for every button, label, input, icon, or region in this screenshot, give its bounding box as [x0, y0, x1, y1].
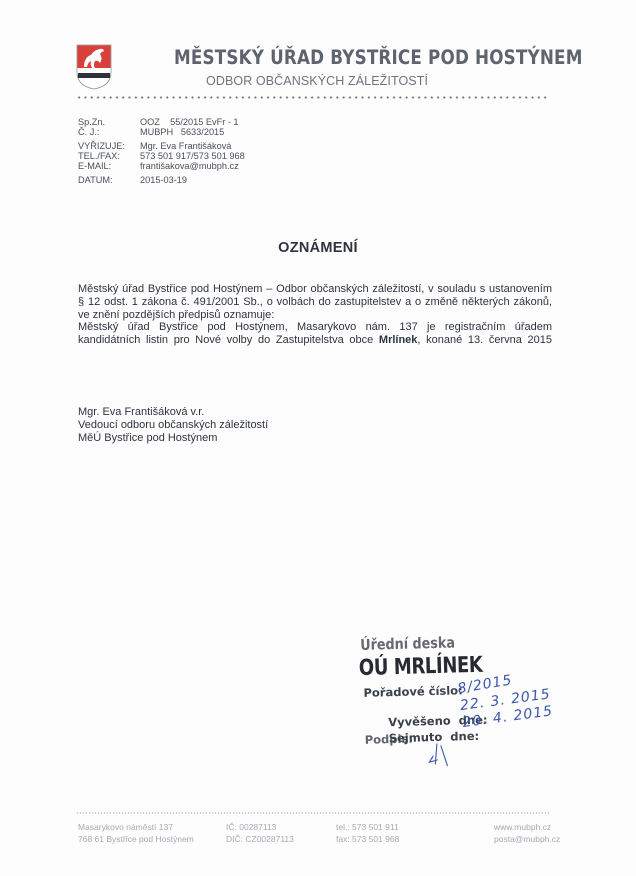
municipality-name: Mrlínek [379, 334, 418, 346]
coat-of-arms-icon [76, 44, 112, 90]
footer-dic: DIČ: CZ00287113 [226, 834, 294, 846]
meta-label: Č. J.: [78, 127, 99, 137]
handwritten-signature-icon [425, 738, 456, 769]
meta-label: VYŘIZUJE: [78, 141, 125, 151]
footer-address: Masarykovo náměstí 137 768 61 Bystřice p… [78, 822, 194, 845]
notice-board-stamp: Úřední deska OÚ MRLÍNEK Pořadové číslo: … [358, 631, 561, 766]
footer-address-line: Masarykovo náměstí 137 [78, 822, 194, 834]
meta-value: OOZ 55/2015 EvFr - 1 [140, 117, 239, 127]
org-subtitle: ODBOR OBČANSKÝCH ZÁLEŽITOSTÍ [206, 74, 428, 88]
footer-fax: fax: 573 501 968 [336, 834, 399, 846]
meta-value: 573 501 917/573 501 968 [140, 151, 245, 161]
footer-website-link[interactable]: www.mubph.cz [494, 822, 549, 834]
org-title: MĚSTSKÝ ÚŘAD BYSTŘICE POD HOSTÝNEM [174, 46, 583, 69]
stamp-row-number: Pořadové číslo: [363, 683, 463, 700]
document-heading: OZNÁMENÍ [0, 240, 636, 256]
meta-label: Sp.Zn. [78, 117, 105, 127]
stamp-row-signature: Podpis: [365, 732, 414, 747]
meta-label: E-MAIL: [78, 161, 111, 171]
stamp-label: Podpis: [365, 732, 414, 747]
meta-label: TEL./FAX: [78, 151, 120, 161]
announcement-paragraph: Městský úřad Bystřice pod Hostýnem – Odb… [78, 283, 552, 321]
stamp-label: Pořadové číslo: [363, 683, 463, 700]
footer-email-link[interactable]: posta@mubph.cz [494, 834, 549, 846]
signatory-position: Vedoucí odboru občanských záležitostí [78, 419, 268, 432]
signature-block: Mgr. Eva Františáková v.r. Vedoucí odbor… [78, 406, 268, 445]
signatory-name: Mgr. Eva Františáková v.r. [78, 406, 268, 419]
announcement-paragraph: Městský úřad Bystřice pod Hostýnem, Masa… [78, 321, 552, 347]
meta-value: františakova@mubph.cz [140, 161, 239, 171]
footer-web: www.mubph.cz posta@mubph.cz [494, 822, 549, 845]
footer-ids: IČ: 00287113 DIČ: CZ00287113 [226, 822, 294, 845]
announcement-body: Městský úřad Bystřice pod Hostýnem – Odb… [78, 283, 552, 347]
meta-value: MUBPH 5633/2015 [140, 127, 224, 137]
meta-label: DATUM: [78, 175, 113, 185]
stamp-title: Úřední deska [360, 633, 455, 653]
signatory-office: MěÚ Bystřice pod Hostýnem [78, 432, 268, 445]
footer-phones: tel.: 573 501 911 fax: 573 501 968 [336, 822, 399, 845]
meta-value: 2015-03-19 [140, 175, 187, 185]
stamp-municipality: OÚ MRLÍNEK [359, 653, 483, 681]
footer-ic: IČ: 00287113 [226, 822, 294, 834]
document-page: MĚSTSKÝ ÚŘAD BYSTŘICE POD HOSTÝNEM ODBOR… [0, 0, 636, 876]
footer-tel: tel.: 573 501 911 [336, 822, 399, 834]
header-dotted-divider [76, 96, 550, 99]
paragraph-text: , konané 13. června 2015 [417, 334, 552, 346]
meta-value: Mgr. Eva Františáková [140, 141, 231, 151]
footer-address-line: 768 61 Bystřice pod Hostýnem [78, 834, 194, 846]
footer-dotted-divider [76, 812, 550, 814]
